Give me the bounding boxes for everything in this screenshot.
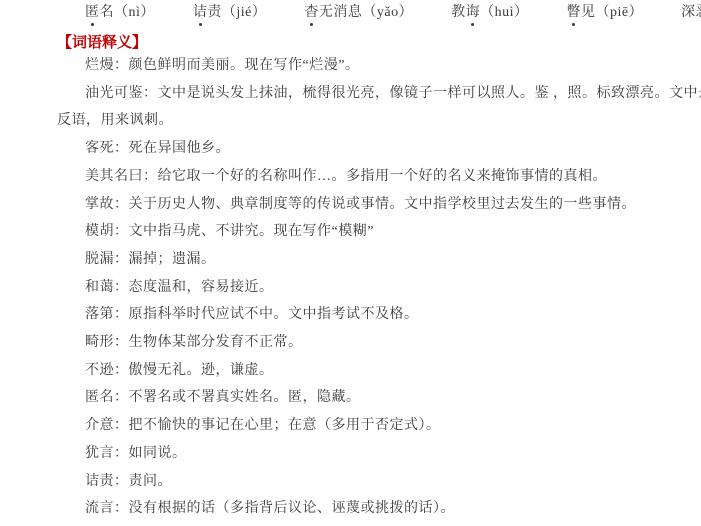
definition-line: 油光可鉴：文中是说头发上抹油，梳得很光亮，像镜子一样可以照人。鉴 ，照。标致漂亮… — [57, 80, 651, 108]
vocab-word: 匿名（nì） — [85, 4, 155, 22]
definition-line: 不逊：傲慢无礼。逊，谦虚。 — [57, 357, 651, 385]
emphasis-dot-char: 杳 — [304, 4, 319, 22]
definition-entry: 客死：死在异国他乡。 — [57, 135, 651, 163]
definition-entry: 畸形：生物体某部分发育不正常。 — [57, 329, 651, 357]
vocab-word: 杳无消息（yǎo） — [304, 4, 413, 22]
definition-line: 脱漏：漏掉；遗漏。 — [57, 246, 651, 274]
vocab-word: 诘责（jié） — [193, 4, 267, 22]
definition-line: 掌故：关于历史人物、典章制度等的传说或事情。文中指学校里过去发生的一些事情。 — [57, 191, 651, 219]
definition-line: 美其名曰：给它取一个好的名称叫作…。多指用一个好的名义来掩饰事情的真相。 — [57, 163, 651, 191]
definition-line: 诘责：责问。 — [57, 468, 651, 496]
emphasis-dot-char: 瞥 — [567, 4, 582, 22]
vocab-word: 深恶痛疾（wù） — [681, 4, 701, 22]
emphasis-dot-char: 恶 — [696, 4, 701, 22]
emphasis-dot-char: 诲 — [466, 4, 481, 22]
definition-line: 畸形：生物体某部分发育不正常。 — [57, 329, 651, 357]
definition-line: 落第：原指科举时代应试不中。文中指考试不及格。 — [57, 301, 651, 329]
definition-entry: 掌故：关于历史人物、典章制度等的传说或事情。文中指学校里过去发生的一些事情。 — [57, 191, 651, 219]
definition-line: 和蔼：态度温和，容易接近。 — [57, 274, 651, 302]
definition-line: 流言：没有根据的话（多指背后议论、诬蔑或挑拨的话）。 — [57, 495, 651, 523]
definition-entry: 美其名曰：给它取一个好的名称叫作…。多指用一个好的名义来掩饰事情的真相。 — [57, 163, 651, 191]
definition-entry: 介意：把不愉快的事记在心里；在意（多用于否定式）。 — [57, 412, 651, 440]
definition-entry: 脱漏：漏掉；遗漏。 — [57, 246, 651, 274]
definition-entry: 匿名：不署名或不署真实姓名。匿，隐藏。 — [57, 384, 651, 412]
definition-line-continuation: 反语，用来讽刺。 — [57, 107, 651, 135]
document-page: 匿名（nì）诘责（jié）杳无消息（yǎo）教诲（huì）瞥见（piē）深恶痛疾… — [0, 0, 701, 526]
definition-entry: 不逊：傲慢无礼。逊，谦虚。 — [57, 357, 651, 385]
definition-line: 客死：死在异国他乡。 — [57, 135, 651, 163]
definition-line: 模胡：文中指马虎、不讲究。现在写作“模糊” — [57, 218, 651, 246]
section-header: 【词语释义】 — [57, 34, 651, 52]
definition-entry: 油光可鉴：文中是说头发上抹油，梳得很光亮，像镜子一样可以照人。鉴 ，照。标致漂亮… — [57, 80, 651, 135]
definition-entry: 和蔼：态度温和，容易接近。 — [57, 274, 651, 302]
emphasis-dot-char: 诘 — [193, 4, 208, 22]
vocabulary-pinyin-row: 匿名（nì）诘责（jié）杳无消息（yǎo）教诲（huì）瞥见（piē）深恶痛疾… — [57, 4, 651, 22]
vocab-word: 教诲（huì） — [451, 4, 528, 22]
definition-entry: 烂熳：颜色鲜明而美丽。现在写作“烂漫”。 — [57, 52, 651, 80]
definitions-list: 烂熳：颜色鲜明而美丽。现在写作“烂漫”。油光可鉴：文中是说头发上抹油，梳得很光亮… — [57, 52, 651, 523]
definition-entry: 诘责：责问。 — [57, 468, 651, 496]
definition-line: 犹言：如同说。 — [57, 440, 651, 468]
definition-entry: 落第：原指科举时代应试不中。文中指考试不及格。 — [57, 301, 651, 329]
definition-entry: 流言：没有根据的话（多指背后议论、诬蔑或挑拨的话）。 — [57, 495, 651, 523]
definition-entry: 模胡：文中指马虎、不讲究。现在写作“模糊” — [57, 218, 651, 246]
definition-line: 烂熳：颜色鲜明而美丽。现在写作“烂漫”。 — [57, 52, 651, 80]
definition-entry: 犹言：如同说。 — [57, 440, 651, 468]
emphasis-dot-char: 匿 — [85, 4, 100, 22]
definition-line: 介意：把不愉快的事记在心里；在意（多用于否定式）。 — [57, 412, 651, 440]
definition-line: 匿名：不署名或不署真实姓名。匿，隐藏。 — [57, 384, 651, 412]
vocab-word: 瞥见（piē） — [567, 4, 644, 22]
